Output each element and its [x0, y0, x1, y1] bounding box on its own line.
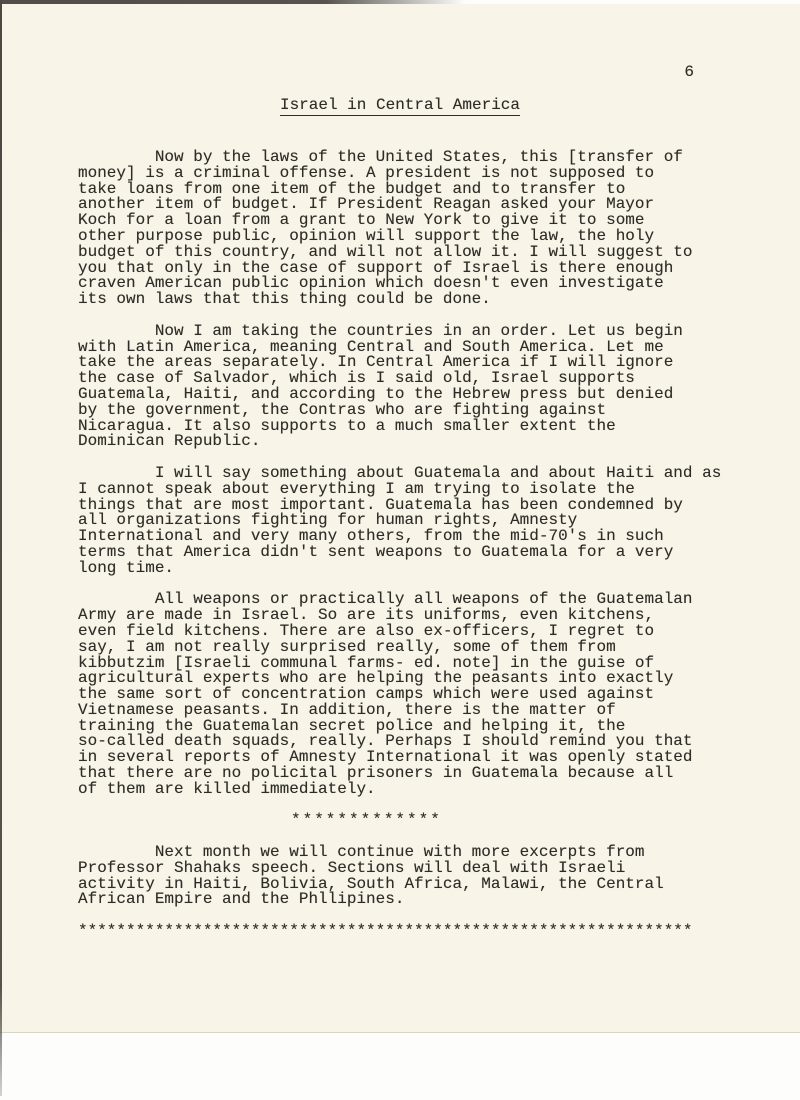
document-body: Now by the laws of the United States, th… — [0, 150, 800, 940]
page-number: 6 — [0, 64, 800, 80]
separator-asterisks: ************* — [291, 813, 770, 829]
paragraph-next-month: Next month we will continue with more ex… — [78, 845, 770, 908]
paragraph-weapons-guatemalan-army: All weapons or practically all weapons o… — [78, 592, 770, 797]
document-title: Israel in Central America — [280, 97, 520, 116]
scan-edge-left — [0, 0, 2, 1096]
paragraph-countries-in-order: Now I am taking the countries in an orde… — [78, 324, 770, 450]
footer-asterisks-line: ****************************************… — [78, 924, 770, 940]
scan-edge-top — [0, 0, 465, 4]
paper-sheet: 6 Israel in Central America Now by the l… — [0, 4, 800, 1033]
title-row: Israel in Central America — [0, 96, 800, 116]
scanned-document-page: 6 Israel in Central America Now by the l… — [0, 0, 800, 1100]
paragraph-laws-of-united-states: Now by the laws of the United States, th… — [78, 150, 770, 308]
paragraph-guatemala-haiti: I will say something about Guatemala and… — [78, 466, 770, 577]
